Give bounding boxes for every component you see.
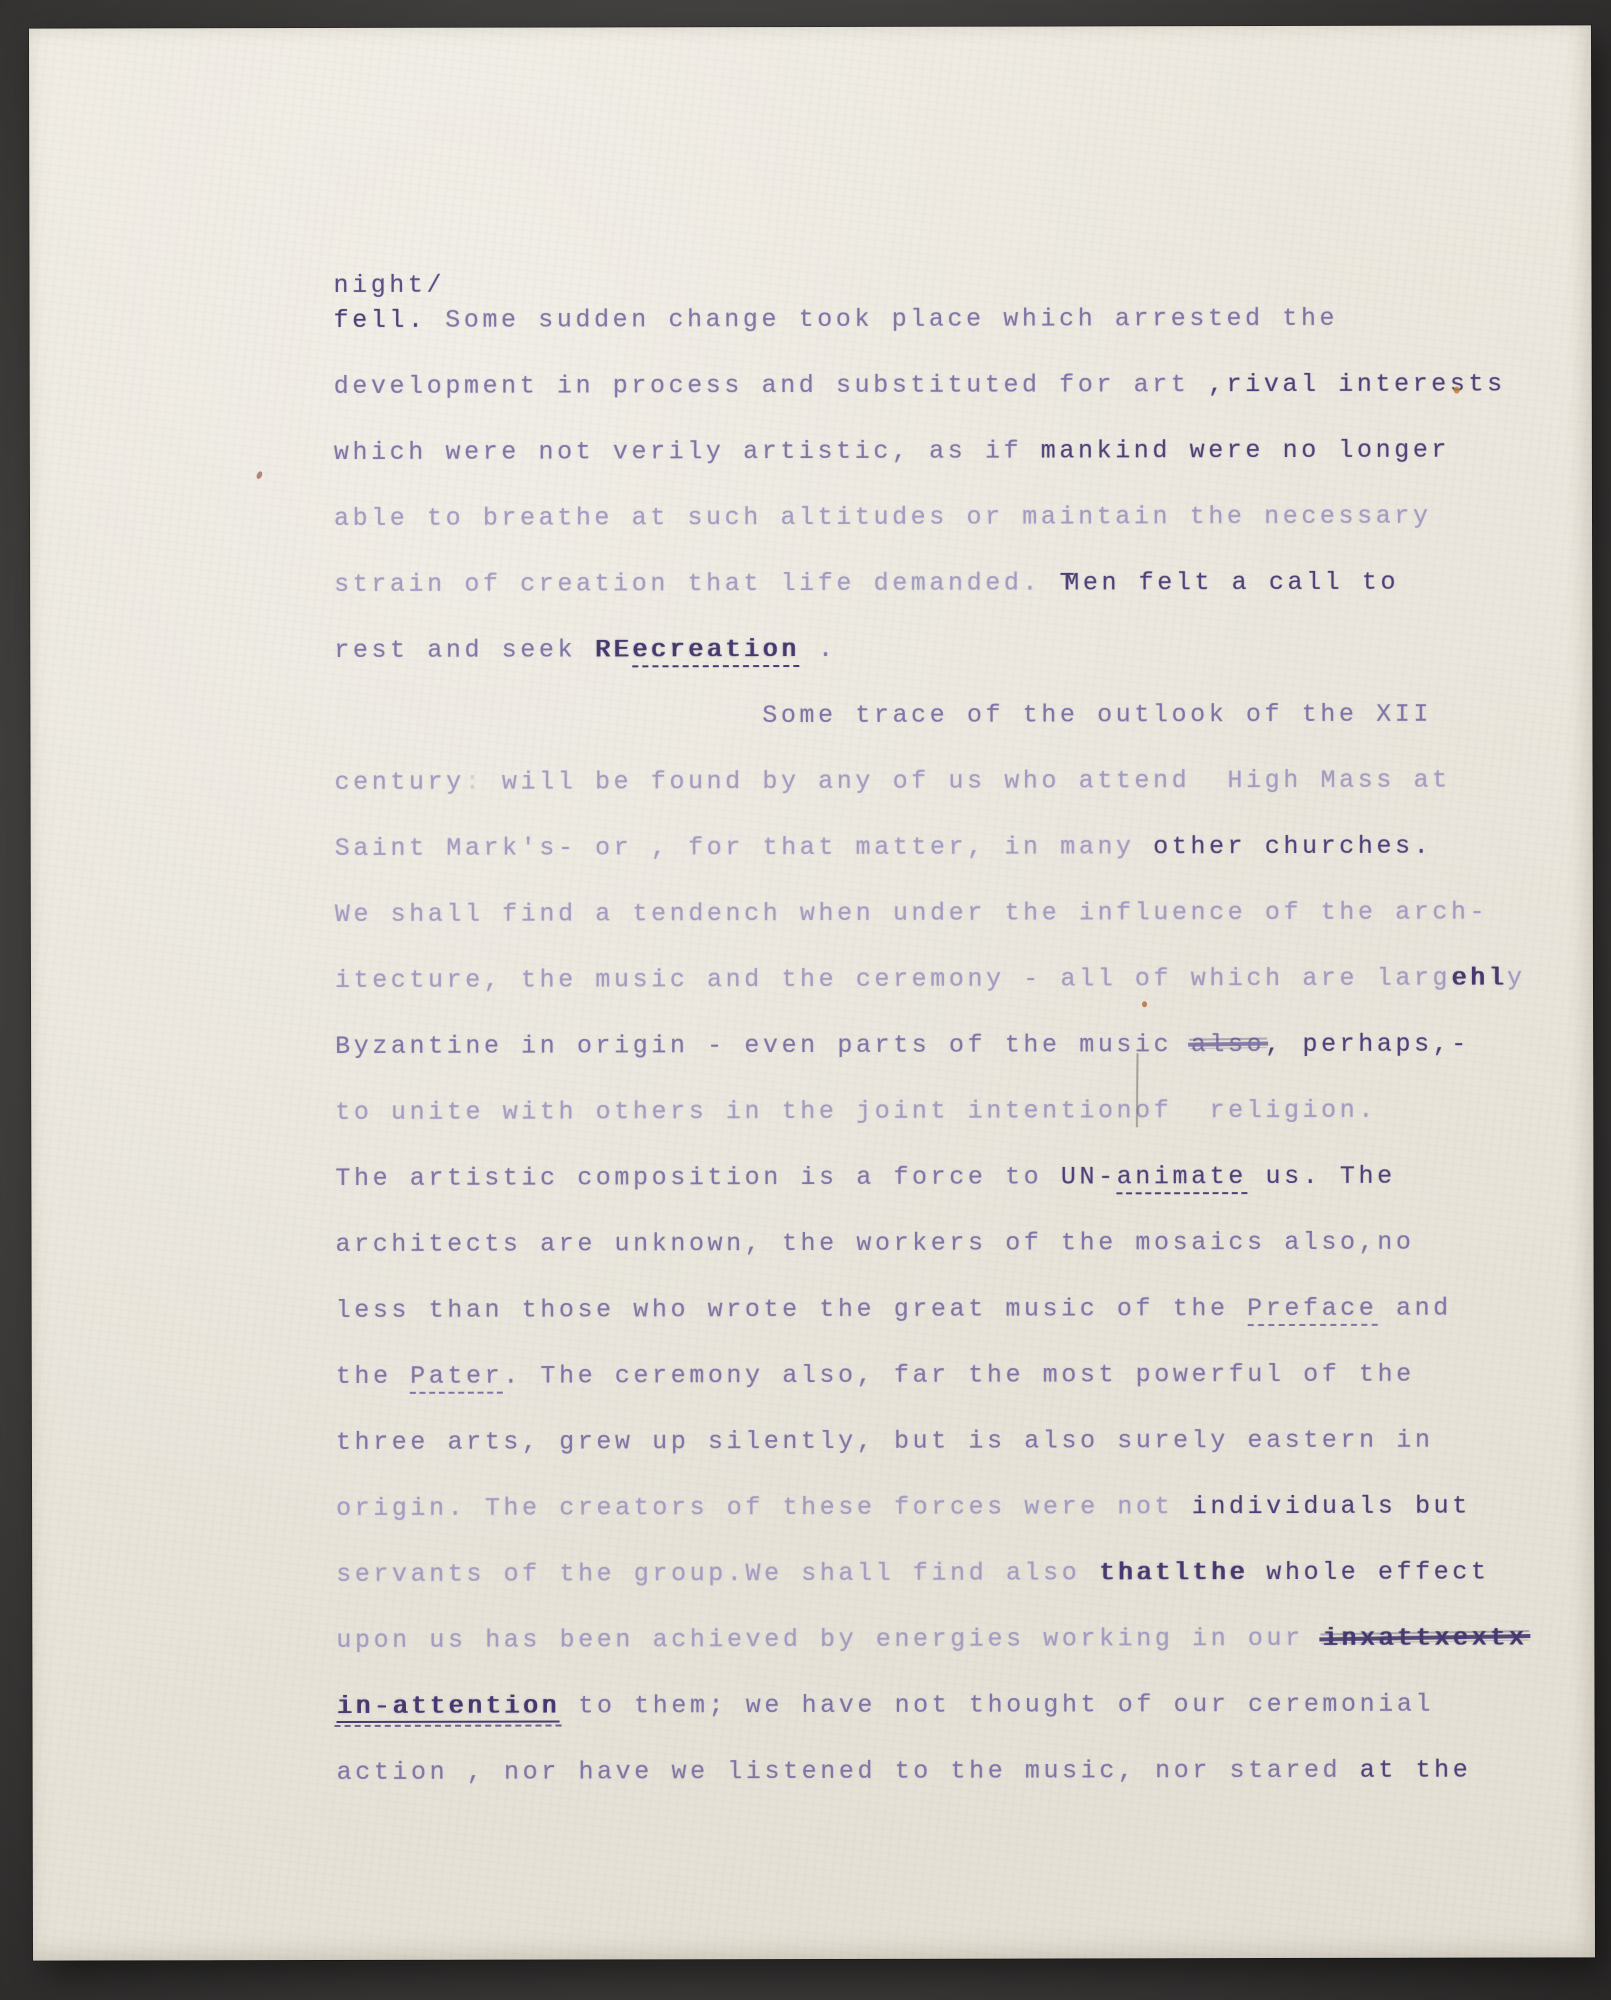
typed-line: rest and seek REecreation . [334, 637, 836, 663]
typed-line: three arts, grew up silently, but is als… [336, 1428, 1434, 1455]
typed-line: Byzantine in origin - even parts of the … [335, 1032, 1470, 1059]
typescript-page: night/fell. Some sudden change took plac… [29, 25, 1595, 1960]
typed-segment: servants of the group.We shall find also [336, 1558, 1099, 1589]
typed-line: origin. The creators of these forces wer… [336, 1494, 1471, 1521]
typed-segment: also [1191, 1030, 1265, 1059]
typed-line: upon us has been achieved by energies wo… [336, 1626, 1527, 1653]
typed-line: less than those who wrote the great musi… [336, 1296, 1452, 1323]
typed-line: development in process and substituted f… [334, 372, 1506, 399]
typed-segment: ehl [1451, 964, 1507, 993]
typed-segment: inxattxextx [1322, 1624, 1527, 1653]
typed-segment: UN- [1061, 1162, 1117, 1191]
typed-line: Some trace of the outlook of the XII [334, 702, 1432, 729]
typed-segment: animate [1117, 1162, 1247, 1194]
typed-segment: origin. The creators of these forces wer… [336, 1492, 1192, 1523]
typed-segment: other churches. [1153, 832, 1432, 862]
typed-segment: strain of creation that life demanded. [334, 568, 1060, 599]
typed-line: in-attention to them; we have not though… [336, 1692, 1434, 1719]
typed-line: itecture, the music and the ceremony - a… [335, 966, 1526, 993]
typed-line: strain of creation that life demanded. T… [334, 570, 1399, 597]
typed-segment: ,rival interests [1208, 370, 1506, 400]
typed-segment: development in process and substituted f… [334, 370, 1208, 401]
typed-segment: night/ [333, 271, 445, 300]
typed-text-block: night/fell. Some sudden change took plac… [29, 25, 1595, 1960]
typed-line: which were not verily artistic, as if ma… [334, 438, 1450, 465]
typed-line: We shall find a tendench when under the … [335, 900, 1488, 927]
typed-segment: upon us has been achieved by energies wo… [336, 1624, 1322, 1655]
typed-segment: . [799, 635, 836, 664]
typed-segment: less than those who wrote the great musi… [336, 1294, 1248, 1325]
typed-segment: at the [1360, 1756, 1472, 1785]
rust-speck [1454, 387, 1460, 394]
typed-segment: of religion. [1135, 1096, 1377, 1126]
typed-segment: action , nor have we listened to the mus… [337, 1756, 1360, 1787]
typed-segment: three arts, grew up silently, but is als… [336, 1426, 1434, 1457]
typed-segment: the [336, 1362, 410, 1391]
typed-line: Saint Mark's- or , for that matter, in m… [335, 834, 1433, 861]
typed-segment: to them; we have not thought of our cere… [560, 1690, 1434, 1721]
rust-speck [1142, 1001, 1147, 1007]
typed-segment: us. The [1247, 1162, 1396, 1191]
typed-line: servants of the group.We shall find also… [336, 1560, 1489, 1587]
typed-segment: ecreation [632, 635, 800, 667]
typed-segment: . The ceremony also, far the most powerf… [503, 1360, 1415, 1391]
typed-line: architects are unknown, the workers of t… [335, 1230, 1414, 1257]
typed-segment: y [1507, 964, 1526, 993]
typed-segment: architects are unknown, the workers of t… [335, 1228, 1414, 1259]
typed-segment: in-attention [336, 1692, 559, 1723]
typed-segment: thatlthe [1099, 1558, 1248, 1587]
typed-line: night/ [333, 273, 445, 298]
typed-segment: able to breathe at such altitudes or mai… [334, 502, 1432, 533]
typed-line: to unite with others in the joint intent… [335, 1098, 1377, 1125]
typed-segment: We shall find a tendench when under the … [335, 898, 1488, 929]
typed-line: century: will be found by any of us who … [335, 768, 1451, 795]
typed-segment: individuals but [1192, 1492, 1471, 1522]
typed-segment: rest and seek [334, 635, 594, 665]
typed-segment: Pater [410, 1362, 503, 1394]
typed-segment: RE [595, 635, 632, 664]
typed-segment: century [335, 768, 465, 797]
typed-line: fell. Some sudden change took place whic… [334, 306, 1339, 333]
typed-segment: will be found by any of us who attend Hi… [483, 766, 1450, 797]
typed-segment: The artistic composition is a force to [335, 1162, 1061, 1193]
typed-line: able to breathe at such altitudes or mai… [334, 504, 1432, 531]
typed-segment: Some sudden change took place which arre… [427, 304, 1339, 335]
typed-segment: to unite with others in the joint intent… [335, 1096, 1135, 1127]
typed-line: the Pater. The ceremony also, far the mo… [336, 1362, 1415, 1389]
typed-segment: : [465, 768, 484, 797]
typed-segment: which were not verily artistic, as if [334, 437, 1041, 467]
typed-segment: and [1377, 1294, 1451, 1323]
scan-background: night/fell. Some sudden change took plac… [0, 0, 1611, 2000]
typed-segment: Saint Mark's- or , for that matter, in m… [335, 832, 1154, 863]
typed-segment: Some trace of the outlook of the XII [334, 700, 1432, 731]
typed-segment: whole effect [1248, 1558, 1490, 1588]
typed-segment: mankind were no longer [1041, 436, 1450, 466]
typed-segment: itecture, the music and the ceremony - a… [335, 964, 1451, 995]
typed-line: The artistic composition is a force to U… [335, 1164, 1395, 1191]
typed-segment: Byzantine in origin - even parts of the … [335, 1030, 1191, 1061]
typed-segment: Men felt a call to [1064, 568, 1399, 598]
typed-segment: , perhaps,- [1265, 1030, 1470, 1059]
typed-segment: fell. [334, 306, 427, 335]
typed-segment: Preface [1247, 1294, 1377, 1326]
typed-line: action , nor have we listened to the mus… [337, 1758, 1472, 1785]
